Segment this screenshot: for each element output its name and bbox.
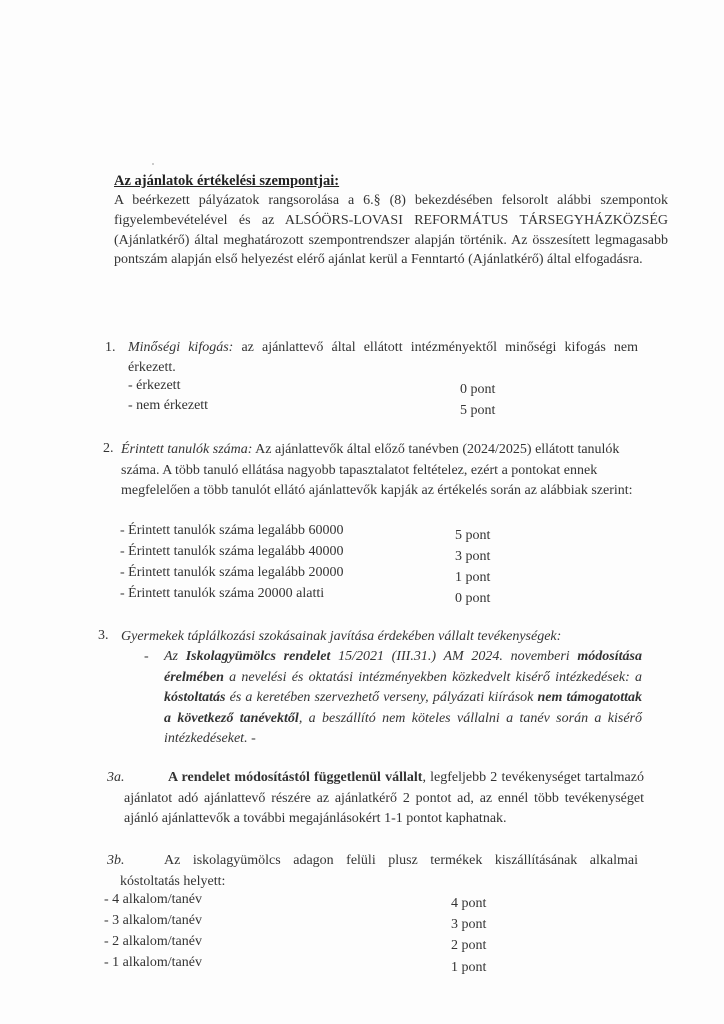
sub-3b-option-points: 1 pont (451, 960, 486, 976)
sub-3b-option-points: 3 pont (451, 917, 486, 933)
criterion-1-number: 1. (105, 340, 116, 356)
criterion-3-title: Gyermekek táplálkozási szokásainak javít… (121, 627, 561, 647)
sub-3a-text: A rendelet módosítástól függetlenül váll… (124, 768, 644, 830)
criterion-1-title: Minőségi kifogás: (128, 340, 233, 355)
sub-3a-label: 3a. (107, 768, 125, 788)
criterion-2-option-points: 0 pont (455, 591, 490, 607)
sub-3a-emphasis: A rendelet módosítástól függetlenül váll… (168, 770, 422, 785)
note-text: 15/2021 (III.31.) AM 2024. novemberi (330, 649, 577, 664)
note-text: és a keretében szervezhető verseny, pály… (225, 690, 537, 705)
note-text: a nevelési és oktatási intézményekben kö… (224, 670, 642, 685)
criterion-3-number: 3. (98, 628, 109, 644)
scan-speck (152, 163, 154, 165)
sub-3b-option-label: - 3 alkalom/tanév (104, 913, 202, 929)
sub-3b-option-points: 2 pont (451, 938, 486, 954)
criterion-1-option-points: 5 pont (460, 403, 495, 419)
criterion-1-option-label: - nem érkezett (128, 398, 208, 414)
criterion-2-option-points: 3 pont (455, 549, 490, 565)
criterion-2-title: Érintett tanulók száma: (121, 442, 252, 457)
criterion-2-option-label: - Érintett tanulók száma legalább 20000 (120, 565, 344, 581)
criterion-3-note: Az Iskolagyümölcs rendelet 15/2021 (III.… (164, 647, 642, 750)
note-emphasis: Iskolagyümölcs rendelet (186, 649, 331, 664)
sub-3b-option-label: - 2 alkalom/tanév (104, 934, 202, 950)
intro-paragraph: A beérkezett pályázatok rangsorolása a 6… (114, 191, 668, 270)
sub-3b-option-label: - 4 alkalom/tanév (104, 892, 202, 908)
criterion-2-number: 2. (103, 441, 114, 457)
criterion-2-option-points: 1 pont (455, 570, 490, 586)
document-page: Az ajánlatok értékelési szempontjai: A b… (0, 0, 724, 1024)
criterion-2-option-label: - Érintett tanulók száma legalább 60000 (120, 523, 344, 539)
sub-3b-option-label: - 1 alkalom/tanév (104, 955, 202, 971)
section-heading: Az ajánlatok értékelési szempontjai: (114, 173, 339, 190)
criterion-2-option-points: 5 pont (455, 528, 490, 544)
sub-3b-text: Az iskolagyümölcs adagon felüli plusz te… (120, 851, 638, 892)
criterion-1-option-points: 0 pont (460, 382, 495, 398)
sub-3b-option-points: 4 pont (451, 896, 486, 912)
criterion-1-text: Minőségi kifogás: az ajánlattevő által e… (128, 338, 638, 377)
note-emphasis: kóstoltatás (164, 690, 225, 705)
criterion-3-note-dash: - (144, 647, 149, 667)
criterion-1-option-label: - érkezett (128, 378, 180, 394)
note-text: Az (164, 649, 186, 664)
criterion-2-option-label: - Érintett tanulók száma 20000 alatti (120, 586, 324, 602)
criterion-2-text: Érintett tanulók száma: Az ajánlattevők … (121, 440, 646, 502)
criterion-2-option-label: - Érintett tanulók száma legalább 40000 (120, 544, 344, 560)
